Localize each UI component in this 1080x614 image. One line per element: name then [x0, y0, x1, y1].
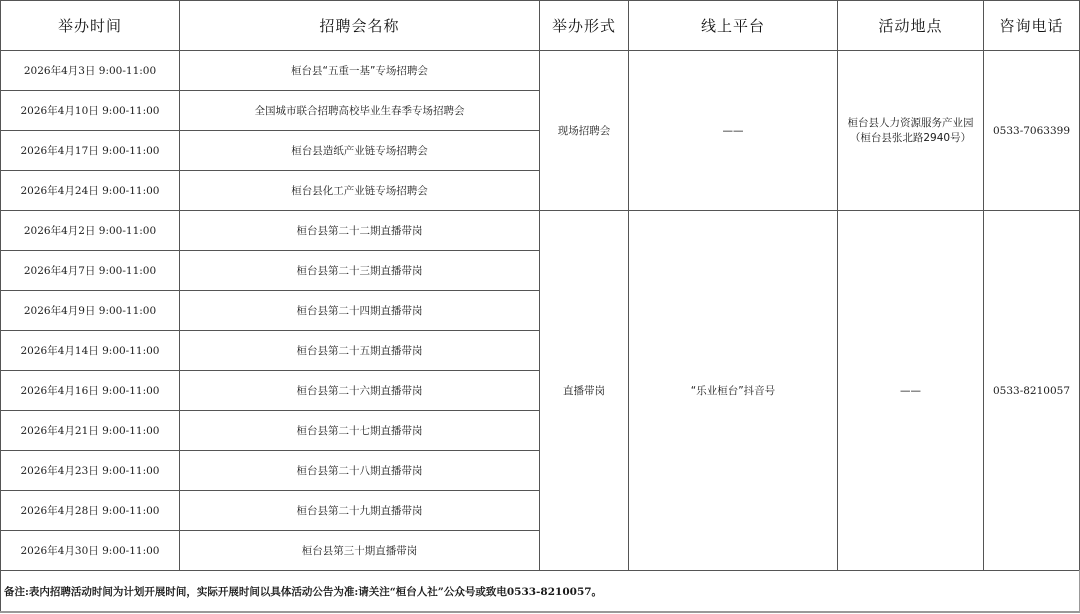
event-name: 桓台县第二十四期直播带岗	[180, 291, 540, 331]
event-time: 2026年4月7日 9:00-11:00	[1, 251, 180, 291]
format-onsite: 现场招聘会	[540, 51, 629, 211]
event-name: 桓台县第二十三期直播带岗	[180, 251, 540, 291]
header-row: 举办时间 招聘会名称 举办形式 线上平台 活动地点 咨询电话	[1, 1, 1080, 51]
event-time: 2026年4月24日 9:00-11:00	[1, 171, 180, 211]
event-name: 桓台县第三十期直播带岗	[180, 531, 540, 571]
event-time: 2026年4月30日 9:00-11:00	[1, 531, 180, 571]
platform-live: “乐业桓台”抖音号	[629, 211, 838, 571]
event-time: 2026年4月23日 9:00-11:00	[1, 451, 180, 491]
event-name: 桓台县第二十九期直播带岗	[180, 491, 540, 531]
event-time: 2026年4月16日 9:00-11:00	[1, 371, 180, 411]
header-phone: 咨询电话	[984, 1, 1080, 51]
header-online-platform: 线上平台	[629, 1, 838, 51]
phone-live: 0533-8210057	[984, 211, 1080, 571]
event-time: 2026年4月3日 9:00-11:00	[1, 51, 180, 91]
location-onsite: 桓台县人力资源服务产业园 （桓台县张北路2940号）	[838, 51, 984, 211]
note-row: 备注:表内招聘活动时间为计划开展时间，实际开展时间以具体活动公告为准:请关注“桓…	[1, 571, 1080, 613]
event-name: 桓台县第二十五期直播带岗	[180, 331, 540, 371]
event-name: 桓台县第二十六期直播带岗	[180, 371, 540, 411]
event-time: 2026年4月14日 9:00-11:00	[1, 331, 180, 371]
header-format: 举办形式	[540, 1, 629, 51]
header-location: 活动地点	[838, 1, 984, 51]
event-time: 2026年4月28日 9:00-11:00	[1, 491, 180, 531]
phone-onsite: 0533-7063399	[984, 51, 1080, 211]
event-name: 桓台县第二十二期直播带岗	[180, 211, 540, 251]
location-name: 桓台县人力资源服务产业园	[842, 116, 979, 131]
format-live: 直播带岗	[540, 211, 629, 571]
event-time: 2026年4月10日 9:00-11:00	[1, 91, 180, 131]
event-name: 全国城市联合招聘高校毕业生春季专场招聘会	[180, 91, 540, 131]
event-name: 桓台县化工产业链专场招聘会	[180, 171, 540, 211]
header-time: 举办时间	[1, 1, 180, 51]
event-time: 2026年4月17日 9:00-11:00	[1, 131, 180, 171]
event-time: 2026年4月2日 9:00-11:00	[1, 211, 180, 251]
event-time: 2026年4月9日 9:00-11:00	[1, 291, 180, 331]
event-name: 桓台县第二十八期直播带岗	[180, 451, 540, 491]
table-row: 2026年4月2日 9:00-11:00 桓台县第二十二期直播带岗 直播带岗 “…	[1, 211, 1080, 251]
recruitment-schedule-table: 举办时间 招聘会名称 举办形式 线上平台 活动地点 咨询电话 2026年4月3日…	[0, 0, 1080, 613]
location-live: ——	[838, 211, 984, 571]
event-time: 2026年4月21日 9:00-11:00	[1, 411, 180, 451]
event-name: 桓台县“五重一基”专场招聘会	[180, 51, 540, 91]
event-name: 桓台县造纸产业链专场招聘会	[180, 131, 540, 171]
event-name: 桓台县第二十七期直播带岗	[180, 411, 540, 451]
footnote: 备注:表内招聘活动时间为计划开展时间，实际开展时间以具体活动公告为准:请关注“桓…	[1, 571, 1080, 613]
location-address: （桓台县张北路2940号）	[842, 131, 979, 146]
platform-onsite: ——	[629, 51, 838, 211]
header-event-name: 招聘会名称	[180, 1, 540, 51]
table-row: 2026年4月3日 9:00-11:00 桓台县“五重一基”专场招聘会 现场招聘…	[1, 51, 1080, 91]
